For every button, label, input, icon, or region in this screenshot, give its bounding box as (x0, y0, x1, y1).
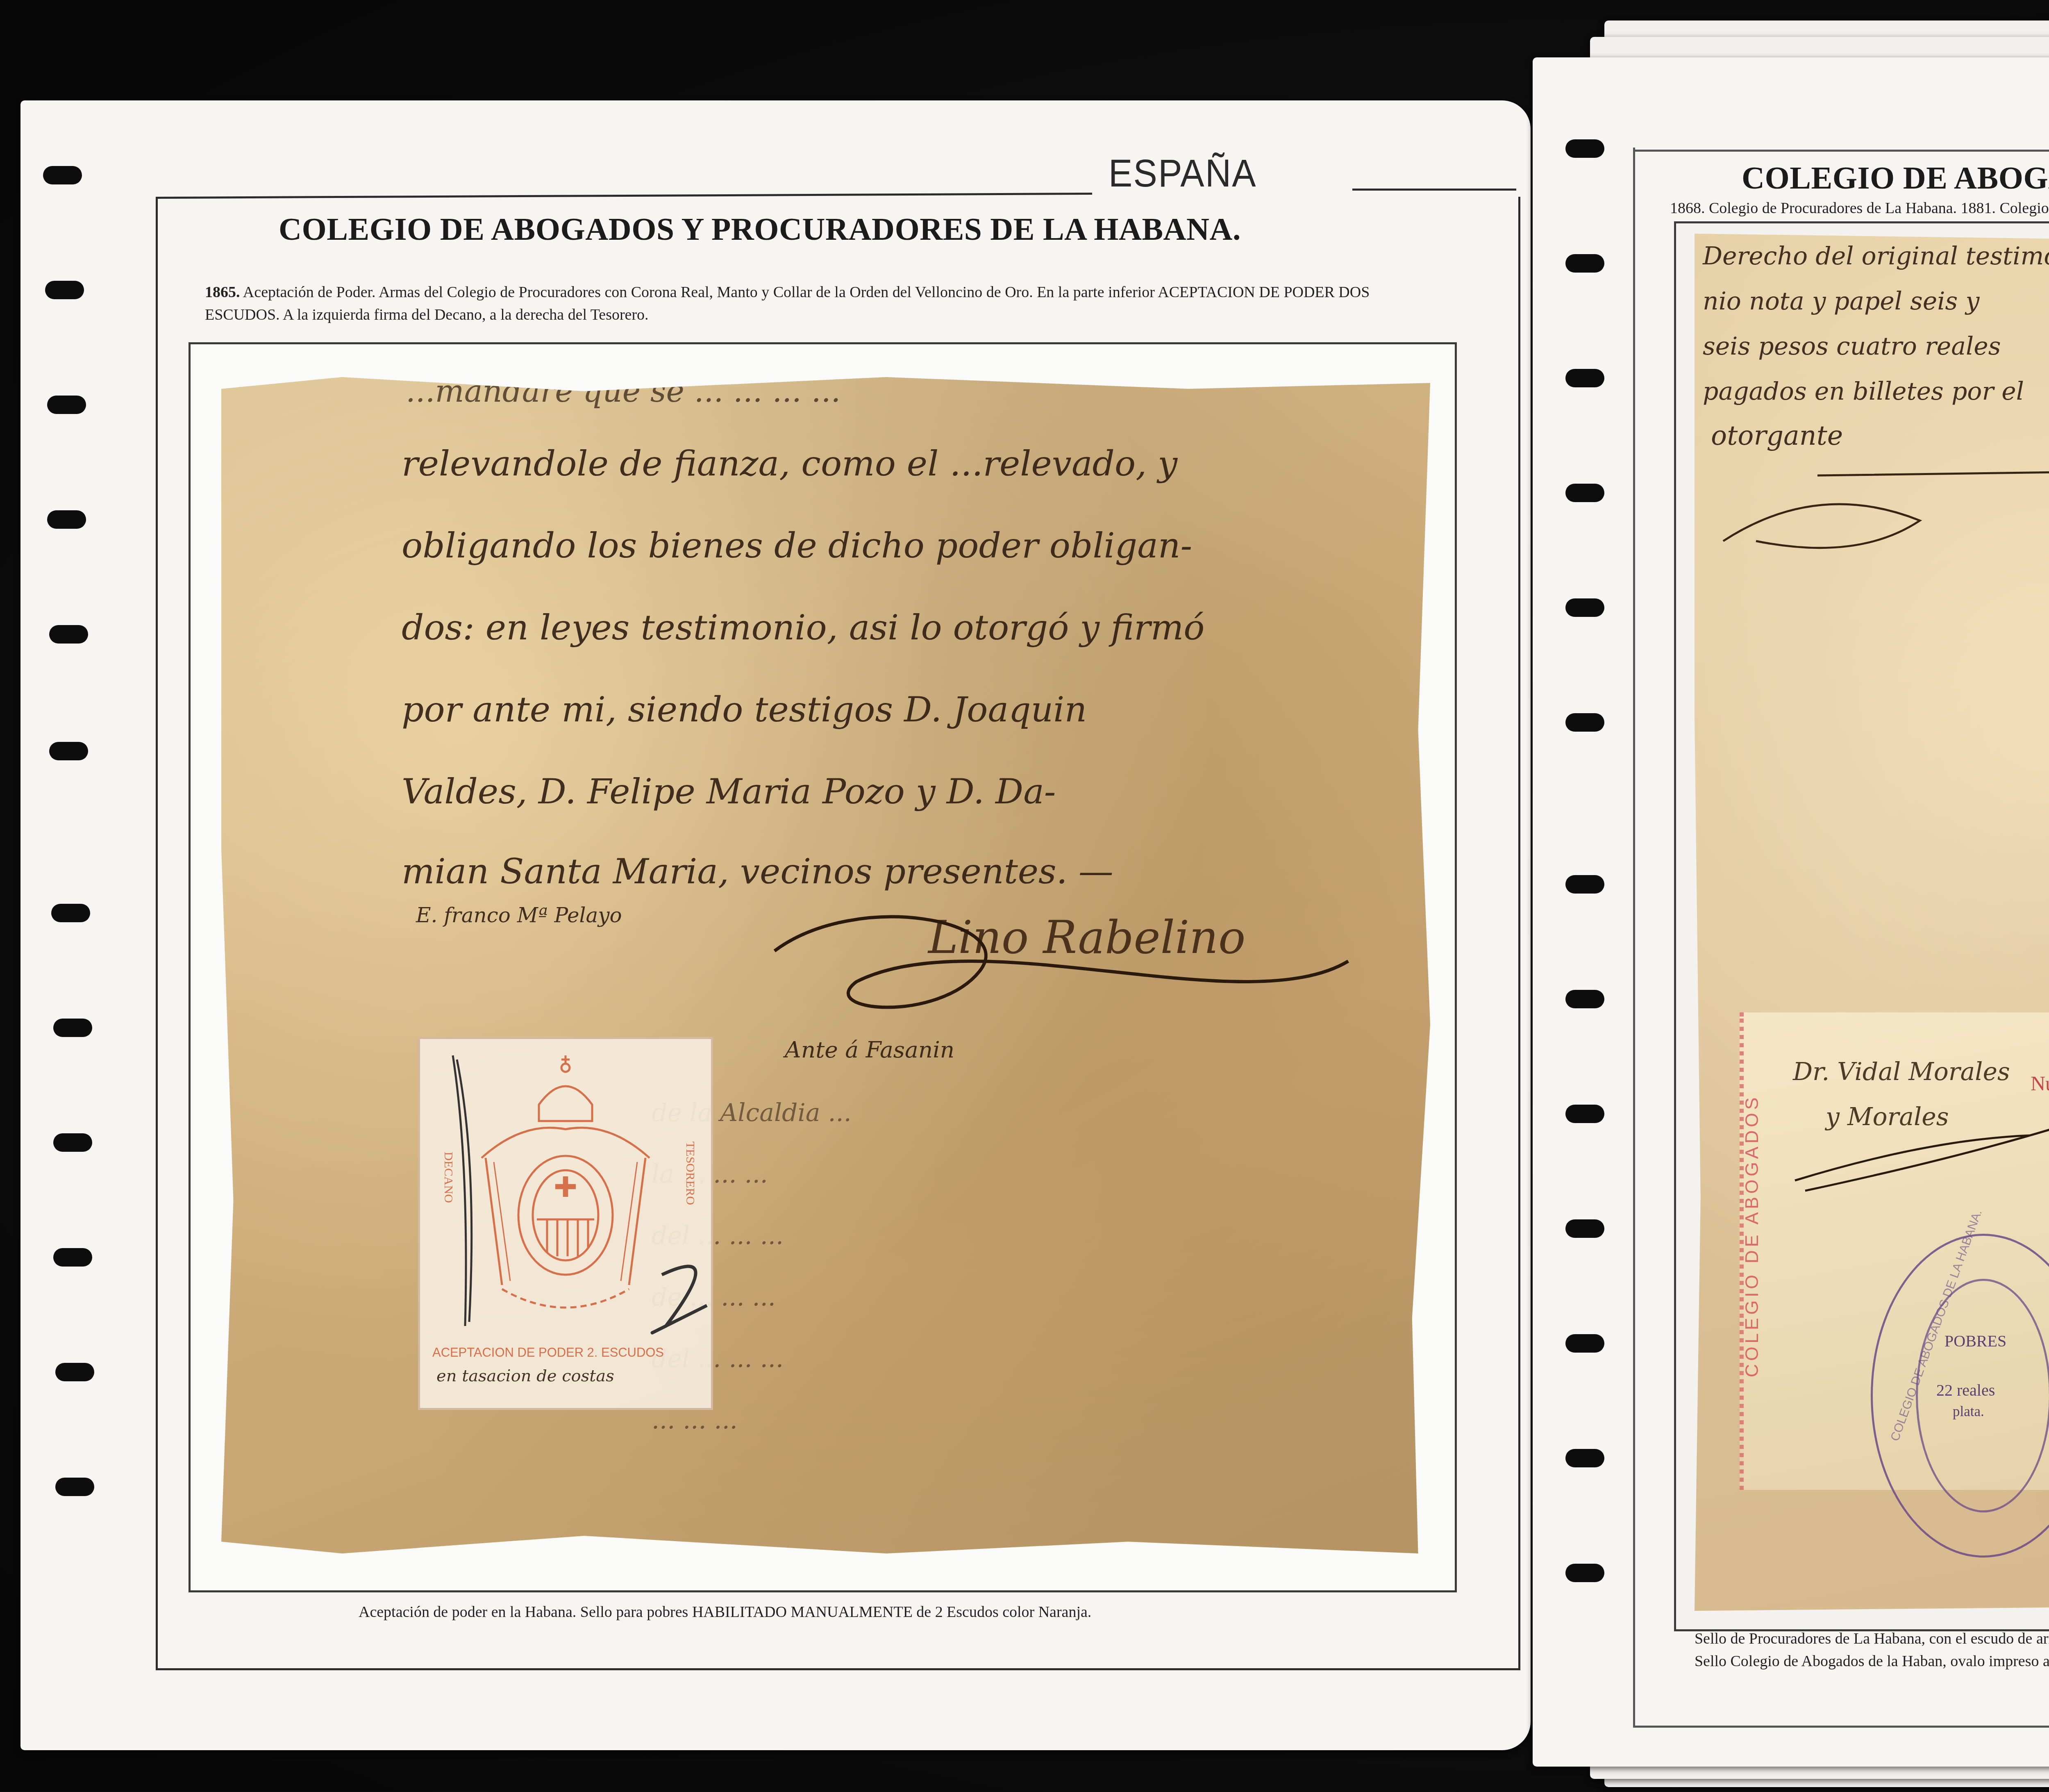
manuscript-line: relevandole de fianza, como el ...releva… (402, 445, 1177, 486)
page-subtitle: 1868. Colegio de Procuradores de La Haba… (1670, 199, 2049, 221)
manuscript-line: mian Santa Maria, vecinos presentes. — (402, 853, 1113, 894)
binder-hole (51, 904, 90, 922)
page-caption-line-1: Sello de Procuradores de La Habana, con … (1695, 1629, 2049, 1651)
page-caption-line-2: Sello Colegio de Abogados de la Haban, o… (1695, 1652, 2049, 1674)
page-title: COLEGIO DE ABOGADOS Y PROCURADORES DE LA… (1742, 162, 2049, 199)
binder-hole (53, 1248, 92, 1267)
binder-hole (1565, 990, 1604, 1008)
binder-hole (1565, 139, 1604, 158)
binder-hole (1565, 254, 1604, 273)
signature-sub: Ante á Fasanin (785, 1037, 954, 1064)
frame-top-left (1633, 150, 2049, 152)
oval-inner-line-3: plata. (1953, 1404, 1984, 1420)
manuscript-line: dos: en leyes testimonio, asi lo otorgó … (402, 609, 1205, 650)
manuscript-line: E. franco Mª Pelayo (416, 906, 622, 928)
binder-hole (55, 1363, 94, 1381)
binder-hole (1565, 484, 1604, 502)
country-label: ESPAÑA (1109, 154, 1257, 199)
binder-hole (43, 166, 82, 184)
binder-hole (53, 1019, 92, 1037)
binder-hole (45, 281, 84, 299)
holder-name-line-1: Dr. Vidal Morales (1793, 1057, 2010, 1086)
binder-hole (49, 742, 88, 760)
binder-hole (1565, 598, 1604, 617)
manuscript-line: obligando los bienes de dicho poder obli… (402, 527, 1192, 568)
binder-hole (1565, 1564, 1604, 1582)
manuscript-border-lines (1695, 234, 2049, 562)
binder-hole (55, 1478, 94, 1496)
procuradores-stamp-orange: DECANO TESORERO ACEPTACION DE PODER 2. E… (418, 1037, 713, 1410)
manuscript-document-1868: Derecho del original testimo nio nota y … (1695, 234, 2049, 1611)
page-caption: Aceptación de poder en la Habana. Sello … (359, 1603, 1091, 1624)
photo-stage: ESPAÑA COLEGIO DE ABOGADOS Y PROCURADORE… (0, 0, 2049, 1792)
binder-hole (1565, 1219, 1604, 1238)
binder-hole (1565, 1105, 1604, 1123)
oval-inner-line-2: 22 reales (1936, 1381, 1995, 1400)
binder-hole (1565, 369, 1604, 387)
oval-inner-line-1: POBRES (1945, 1332, 2006, 1351)
frame-top-right (1352, 189, 1516, 191)
binder-hole (1565, 1449, 1604, 1467)
page-title: COLEGIO DE ABOGADOS Y PROCURADORES DE LA… (279, 213, 1241, 250)
binder-hole (53, 1133, 92, 1152)
stamp-signature-strokes (420, 1039, 711, 1408)
number-label: Núm. (2031, 1074, 2049, 1096)
description-year: 1865. (205, 283, 240, 301)
binder-hole (47, 396, 86, 414)
stamp-description: 1865. Aceptación de Poder. Armas del Col… (205, 283, 1434, 326)
binder-hole (49, 625, 88, 644)
manuscript-line: por ante mi, siendo testigos D. Joaquin (402, 691, 1087, 732)
binder-hole (1565, 1334, 1604, 1353)
faint-side-line: ... ... ... (652, 1406, 738, 1435)
signature-flourish (1785, 1119, 2049, 1201)
binder-hole (47, 510, 86, 529)
manuscript-line: Valdes, D. Felipe Maria Pozo y D. Da- (402, 773, 1056, 814)
perforated-label: COLEGIO DE ABOGADOS (1742, 1094, 1762, 1377)
binder-hole (1565, 713, 1604, 732)
abogados-stamp: COLEGIO DE ABOGADOS Dr. Vidal Morales y … (1740, 1012, 2049, 1490)
description-text: Aceptación de Poder. Armas del Colegio d… (205, 283, 1370, 323)
binder-hole (1565, 875, 1604, 894)
manuscript-document-1865: ...mandaré que se ... ... ... ... releva… (221, 377, 1430, 1553)
